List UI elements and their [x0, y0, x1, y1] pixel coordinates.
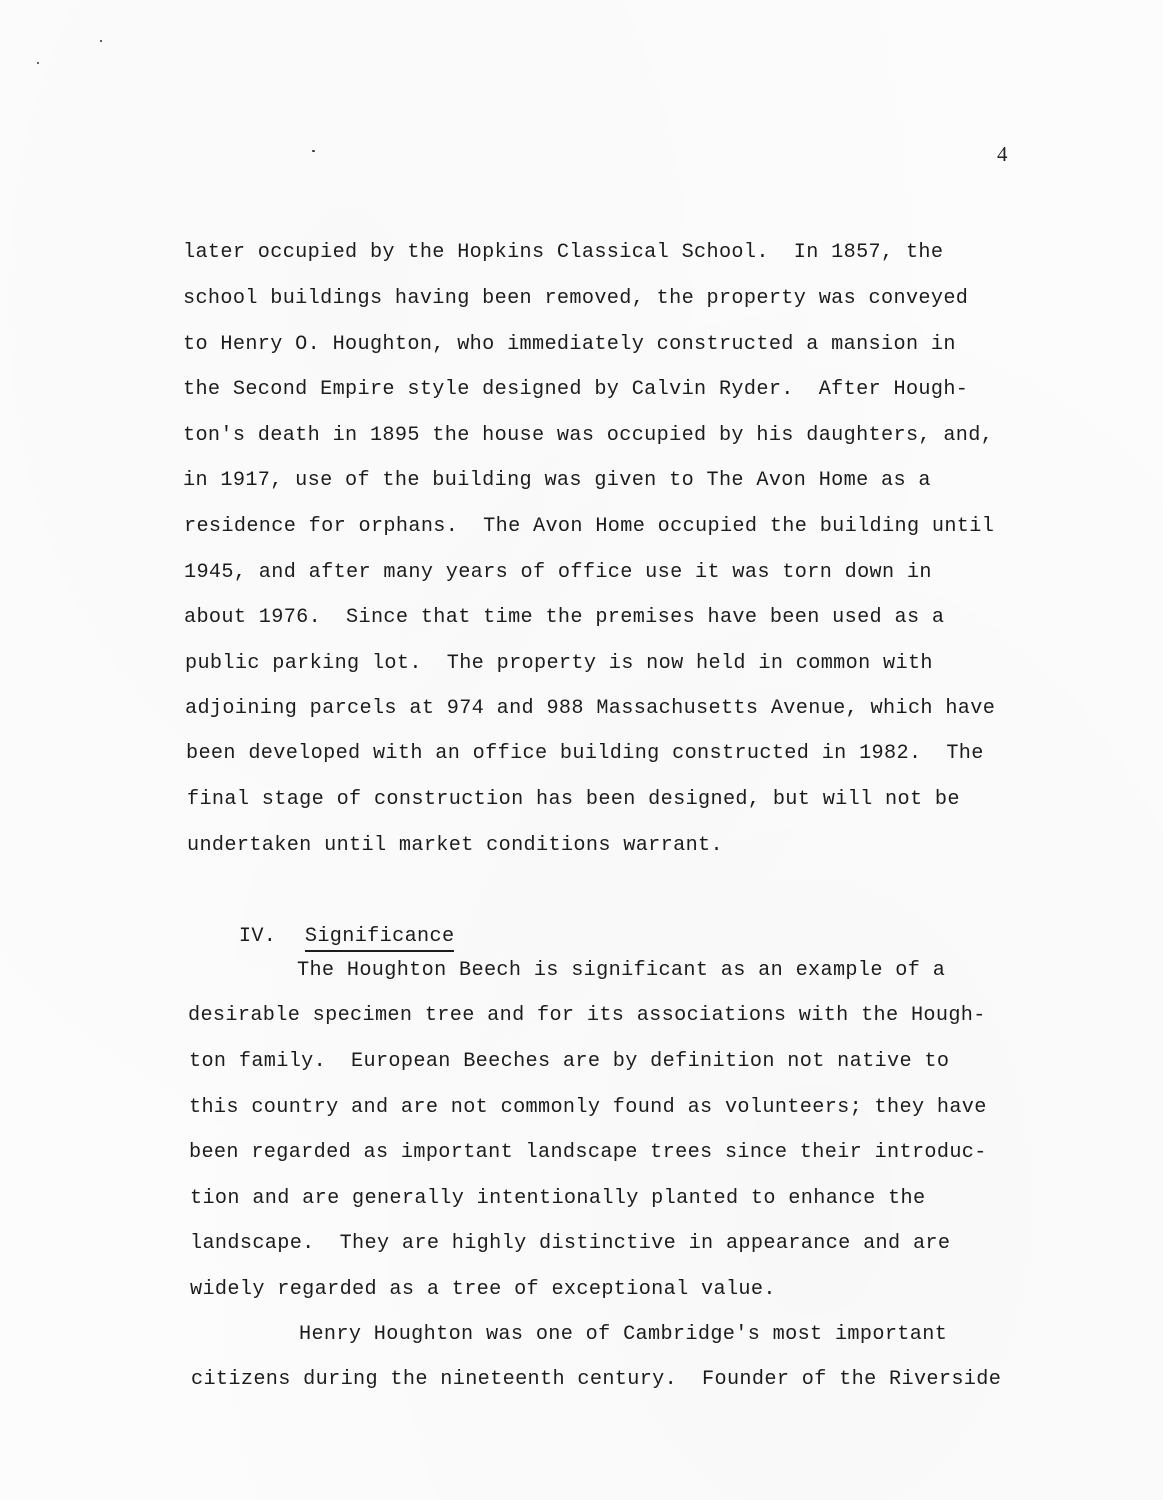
text-line: ton's death in 1895 the house was occupi…	[183, 426, 993, 446]
text-line: landscape. They are highly distinctive i…	[190, 1234, 950, 1254]
text-line: final stage of construction has been des…	[187, 790, 960, 810]
section-number: IV.	[239, 927, 305, 947]
text-line: later occupied by the Hopkins Classical …	[183, 243, 943, 263]
text-line: widely regarded as a tree of exceptional…	[190, 1280, 776, 1300]
text-line: tion and are generally intentionally pla…	[190, 1189, 925, 1209]
text-line: about 1976. Since that time the premises…	[184, 608, 944, 628]
text-line: public parking lot. The property is now …	[185, 654, 933, 674]
scan-speck	[37, 62, 39, 64]
text-line: Henry Houghton was one of Cambridge's mo…	[299, 1325, 947, 1345]
text-line: ton family. European Beeches are by defi…	[189, 1052, 949, 1072]
text-line: this country and are not commonly found …	[189, 1098, 987, 1118]
text-line: to Henry O. Houghton, who immediately co…	[183, 335, 956, 355]
scan-speck	[100, 40, 102, 42]
text-line: the Second Empire style designed by Calv…	[183, 380, 968, 400]
page-number: 4	[997, 142, 1008, 167]
section-title: Significance	[305, 927, 455, 952]
scan-speck	[312, 150, 315, 152]
document-page: 4 later occupied by the Hopkins Classica…	[0, 0, 1163, 1500]
text-line: desirable specimen tree and for its asso…	[188, 1006, 986, 1026]
text-line: school buildings having been removed, th…	[183, 289, 968, 309]
text-line: citizens during the nineteenth century. …	[191, 1370, 1001, 1390]
text-line: been regarded as important landscape tre…	[189, 1143, 987, 1163]
text-line: The Houghton Beech is significant as an …	[297, 961, 945, 981]
text-line: adjoining parcels at 974 and 988 Massach…	[185, 699, 995, 719]
text-line: residence for orphans. The Avon Home occ…	[184, 517, 994, 537]
text-line: 1945, and after many years of office use…	[184, 563, 932, 583]
text-line: been developed with an office building c…	[186, 744, 984, 764]
text-line: undertaken until market conditions warra…	[187, 836, 723, 856]
text-line: in 1917, use of the building was given t…	[183, 471, 931, 491]
